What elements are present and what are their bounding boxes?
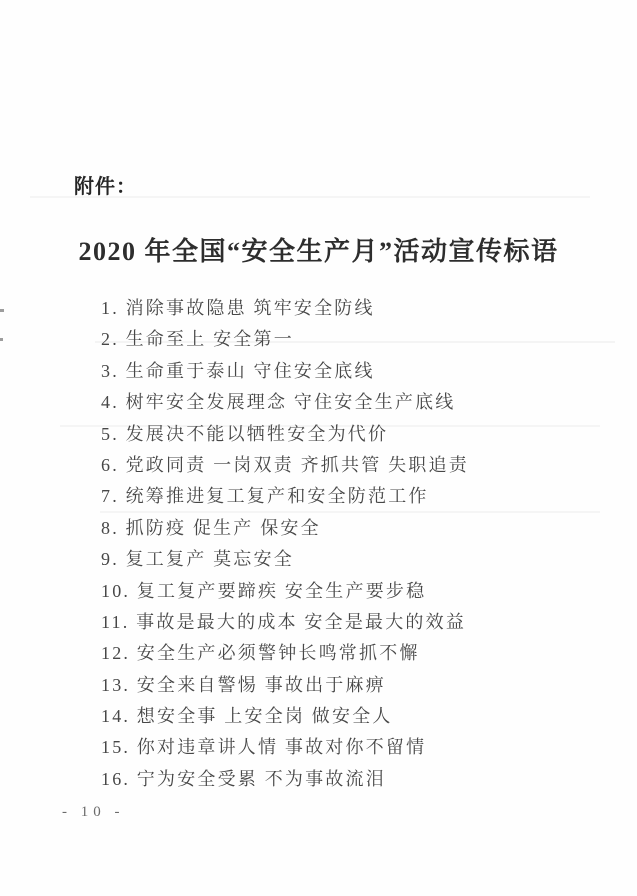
slogan-item: 10. 复工复产要蹄疾 安全生产要步稳 bbox=[101, 576, 469, 607]
slogan-item: 7. 统筹推进复工复产和安全防范工作 bbox=[101, 481, 469, 512]
slogan-item: 9. 复工复产 莫忘安全 bbox=[101, 544, 469, 575]
document-title: 2020 年全国“安全生产月”活动宣传标语 bbox=[0, 231, 637, 268]
slogan-item: 4. 树牢安全发展理念 守住安全生产底线 bbox=[101, 387, 469, 418]
slogan-item: 12. 安全生产必须警钟长鸣常抓不懈 bbox=[101, 638, 469, 669]
slogan-item: 3. 生命重于泰山 守住安全底线 bbox=[101, 356, 469, 387]
slogan-item: 11. 事故是最大的成本 安全是最大的效益 bbox=[101, 607, 469, 638]
scanned-document-page: 附件： 2020 年全国“安全生产月”活动宣传标语 1. 消除事故隐患 筑牢安全… bbox=[0, 0, 637, 896]
slogan-item: 8. 抓防疫 促生产 保安全 bbox=[101, 513, 469, 544]
slogan-item: 13. 安全来自警惕 事故出于麻痹 bbox=[101, 670, 469, 701]
slogan-item: 14. 想安全事 上安全岗 做安全人 bbox=[101, 701, 469, 732]
slogan-item: 2. 生命至上 安全第一 bbox=[101, 324, 469, 355]
scan-artifact bbox=[0, 309, 4, 312]
slogan-item: 6. 党政同责 一岗双责 齐抓共管 失职追责 bbox=[101, 450, 469, 481]
attachment-label: 附件： bbox=[74, 170, 137, 199]
slogan-item: 1. 消除事故隐患 筑牢安全防线 bbox=[101, 293, 469, 324]
slogan-item: 5. 发展决不能以牺牲安全为代价 bbox=[101, 419, 469, 450]
slogan-item: 15. 你对违章讲人情 事故对你不留情 bbox=[101, 732, 469, 763]
scan-artifact bbox=[0, 338, 3, 341]
page-number: - 10 - bbox=[62, 804, 125, 821]
slogan-item: 16. 宁为安全受累 不为事故流泪 bbox=[101, 764, 469, 795]
slogan-list: 1. 消除事故隐患 筑牢安全防线 2. 生命至上 安全第一 3. 生命重于泰山 … bbox=[101, 293, 469, 795]
